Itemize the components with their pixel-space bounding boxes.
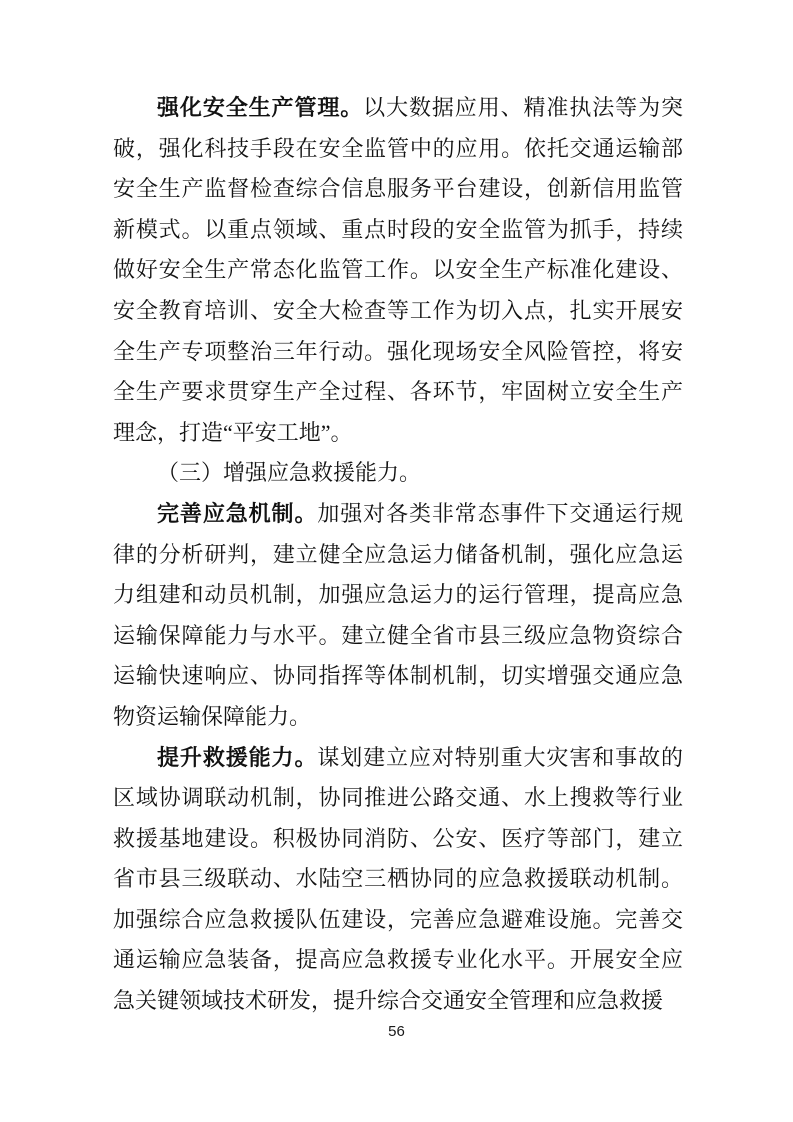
paragraph-text: 加强对各类非常态事件下交通运行规律的分析研判，建立健全应急运力储备机制，强化应急… — [113, 501, 683, 729]
paragraph-text: 谋划建立应对特别重大灾害和事故的区域协调联动机制，协同推进公路交通、水上搜救等行… — [113, 745, 683, 1014]
paragraph-lead: 提升救援能力。 — [157, 745, 317, 770]
heading-section-three: （三）增强应急救援能力。 — [113, 453, 683, 494]
para-improve-emergency-mechanism: 完善应急机制。加强对各类非常态事件下交通运行规律的分析研判，建立健全应急运力储备… — [113, 494, 683, 738]
heading-text: （三）增强应急救援能力。 — [157, 460, 421, 485]
text-block: 强化安全生产管理。以大数据应用、精准执法等为突破，强化科技手段在安全监管中的应用… — [113, 88, 683, 1022]
paragraph-text: 以大数据应用、精准执法等为突破，强化科技手段在安全监管中的应用。依托交通运输部安… — [113, 95, 683, 445]
paragraph-lead: 强化安全生产管理。 — [157, 95, 363, 120]
document-page: 强化安全生产管理。以大数据应用、精准执法等为突破，强化科技手段在安全监管中的应用… — [0, 0, 793, 1122]
paragraph-lead: 完善应急机制。 — [157, 501, 317, 526]
para-enhance-rescue-capability: 提升救援能力。谋划建立应对特别重大灾害和事故的区域协调联动机制，协同推进公路交通… — [113, 738, 683, 1022]
page-number: 56 — [0, 1022, 793, 1042]
para-strengthen-safety-management: 强化安全生产管理。以大数据应用、精准执法等为突破，强化科技手段在安全监管中的应用… — [113, 88, 683, 453]
